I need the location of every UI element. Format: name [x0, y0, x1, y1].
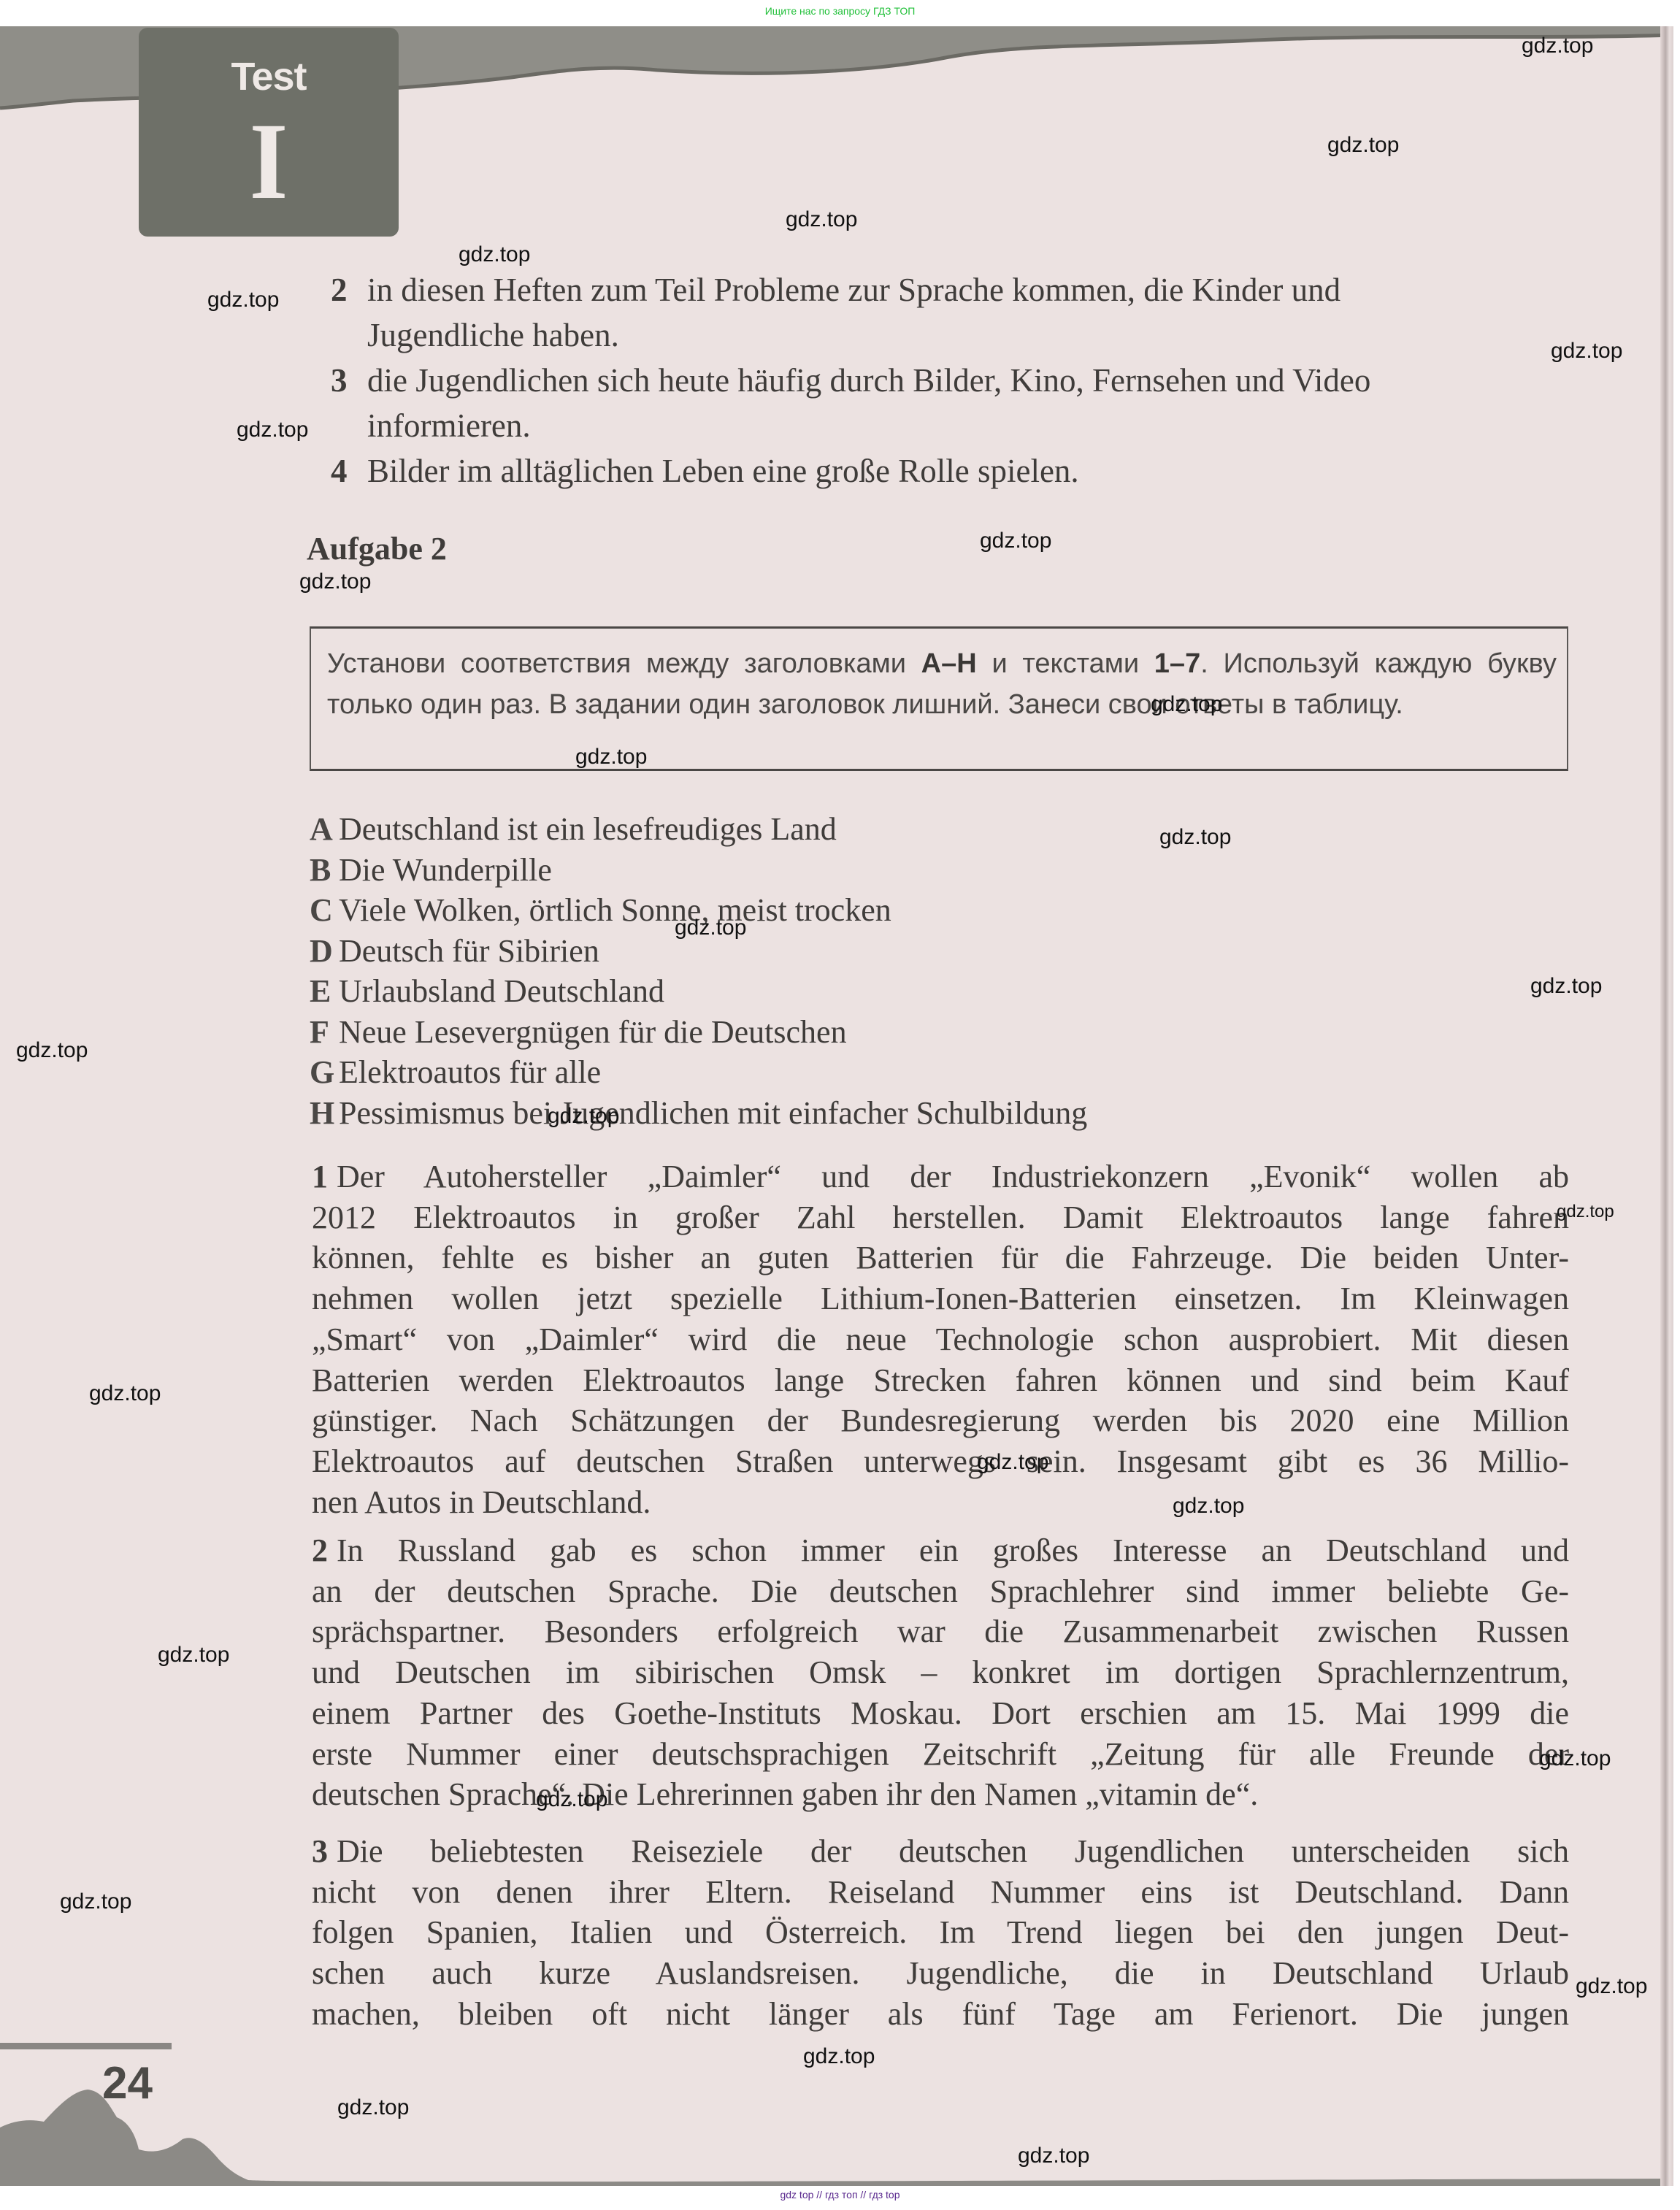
watermark: gdz.top — [1539, 1746, 1611, 1771]
paragraph-line: einem Partner des Goethe-Instituts Moska… — [312, 1693, 1569, 1734]
watermark: gdz.top — [89, 1381, 161, 1406]
watermark: gdz.top — [1159, 825, 1231, 850]
item-line: Jugendliche haben. — [367, 312, 1572, 358]
heading-text: Neue Lesevergnügen für die Deutschen — [339, 1014, 847, 1050]
watermark: gdz.top — [16, 1038, 88, 1063]
paragraph-line: günstiger. Nach Schätzungen der Bundesre… — [312, 1400, 1569, 1441]
paragraph-line: nicht von denen ihrer Eltern. Reiseland … — [312, 1872, 1569, 1913]
watermark: gdz.top — [1151, 692, 1222, 717]
task-title: Aufgabe 2 — [307, 530, 447, 567]
heading-text: Pessimismus bei Jugendlichen mit einfach… — [339, 1095, 1087, 1131]
watermark: gdz.top — [60, 1889, 131, 1914]
watermark: gdz.top — [1551, 339, 1622, 364]
watermark: gdz.top — [1173, 1494, 1244, 1519]
heading-letter: D — [310, 931, 339, 972]
watermark: gdz.top — [1530, 974, 1602, 999]
watermark: gdz.top — [803, 2044, 875, 2069]
item-number: 4 — [331, 448, 348, 494]
test-badge-label: Test — [139, 57, 399, 96]
intro-item: 4 Bilder im alltäglichen Leben eine groß… — [331, 448, 1572, 494]
heading-item: GElektroautos für alle — [310, 1052, 1332, 1093]
heading-letter: E — [310, 971, 339, 1012]
watermark: gdz.top — [575, 745, 647, 770]
instruction-text: и текстами — [977, 648, 1154, 679]
heading-item: DDeutsch für Sibirien — [310, 931, 1332, 972]
paragraph-line: Elektroautos auf deutschen Straßen unter… — [312, 1441, 1569, 1482]
watermark: gdz.top — [459, 242, 530, 267]
heading-letter: B — [310, 850, 339, 891]
headings-list: ADeutschland ist ein lesefreudiges Land … — [310, 809, 1332, 1133]
watermark: gdz.top — [548, 1104, 619, 1129]
paragraph-line: „Smart“ von „Daimler“ wird die neue Tech… — [312, 1319, 1569, 1360]
torn-paper-footer-decoration — [0, 2084, 1673, 2186]
heading-letter: C — [310, 890, 339, 931]
watermark: gdz.top — [675, 916, 746, 940]
paragraph-line: 2In Russland gab es schon immer ein groß… — [312, 1530, 1569, 1571]
heading-text: Elektroautos für alle — [339, 1054, 601, 1090]
paragraph-line: 2012 Elektroautos in großer Zahl herstel… — [312, 1197, 1569, 1238]
intro-item: 2 in diesen Heften zum Teil Probleme zur… — [331, 267, 1572, 358]
paragraph-line: und Deutschen im sibirischen Omsk – konk… — [312, 1652, 1569, 1693]
heading-text: Urlaubsland Deutschland — [339, 973, 664, 1009]
watermark: gdz.top — [1018, 2144, 1089, 2168]
watermark: gdz.top — [977, 1450, 1048, 1475]
paragraph-line: schen auch kurze Auslandsreisen. Jugendl… — [312, 1953, 1569, 1994]
heading-text: Die Wunderpille — [339, 852, 552, 888]
watermark: gdz.top — [1327, 133, 1399, 158]
watermark: gdz.top — [337, 2095, 409, 2120]
instruction-letter-range: A–H — [921, 648, 977, 679]
watermark: gdz.top — [237, 418, 308, 442]
item-number: 3 — [331, 358, 348, 403]
heading-letter: H — [310, 1093, 339, 1134]
watermark: gdz.top — [158, 1643, 229, 1668]
heading-item: HPessimismus bei Jugendlichen mit einfac… — [310, 1093, 1332, 1134]
watermark: gdz.top — [980, 529, 1051, 553]
page-edge-shadow — [1660, 26, 1673, 2186]
paragraph-line: nehmen wollen jetzt spezielle Lithium-Io… — [312, 1278, 1569, 1319]
item-line: die Jugendlichen sich heute häufig durch… — [367, 358, 1572, 403]
paragraph-line: Batterien werden Elektroautos lange Stre… — [312, 1360, 1569, 1401]
paragraph-line: 3Die beliebtesten Reiseziele der deutsch… — [312, 1831, 1569, 1872]
instruction-text: Установи соответствия между заголовками — [327, 648, 921, 679]
heading-text: Deutsch für Sibirien — [339, 933, 599, 969]
watermark: gdz.top — [207, 288, 279, 312]
item-line: informieren. — [367, 403, 1572, 448]
watermark: gdz.top — [786, 207, 857, 232]
paragraph-line: 1Der Autohersteller „Daimler“ und der In… — [312, 1156, 1569, 1197]
heading-item: FNeue Lesevergnügen für die Deutschen — [310, 1012, 1332, 1053]
paragraph-line: an der deutschen Sprache. Die deutschen … — [312, 1571, 1569, 1612]
paragraph-line: folgen Spanien, Italien und Österreich. … — [312, 1912, 1569, 1953]
watermark: gdz.top — [299, 569, 371, 594]
intro-continuation-list: 2 in diesen Heften zum Teil Probleme zur… — [331, 267, 1572, 494]
heading-text: Deutschland ist ein lesefreudiges Land — [339, 811, 837, 847]
watermark: gdz.top — [1522, 34, 1593, 58]
task-instruction-box: Установи соответствия между заголовками … — [310, 626, 1568, 771]
heading-letter: A — [310, 809, 339, 850]
watermark: gdz.top — [536, 1787, 607, 1812]
text-paragraph-2: 2In Russland gab es schon immer ein groß… — [312, 1530, 1569, 1815]
paragraph-line: nen Autos in Deutschland. — [312, 1482, 1569, 1523]
watermark: gdz.top — [1576, 1974, 1647, 1999]
paragraph-line: können, fehlte es bisher an guten Batter… — [312, 1238, 1569, 1278]
intro-item: 3 die Jugendlichen sich heute häufig dur… — [331, 358, 1572, 448]
paragraph-number: 1 — [312, 1159, 328, 1194]
test-badge-numeral: I — [152, 107, 386, 216]
item-number: 2 — [331, 267, 348, 312]
paragraph-line: sprächspartner. Besonders erfolgreich wa… — [312, 1611, 1569, 1652]
paragraph-line: erste Nummer einer deutschsprachigen Zei… — [312, 1734, 1569, 1775]
heading-letter: F — [310, 1012, 339, 1053]
heading-letter: G — [310, 1052, 339, 1093]
test-badge: Test I — [139, 28, 399, 237]
heading-item: EUrlaubsland Deutschland — [310, 971, 1332, 1012]
text-paragraph-1: 1Der Autohersteller „Daimler“ und der In… — [312, 1156, 1569, 1522]
heading-item: BDie Wunderpille — [310, 850, 1332, 891]
watermark: gdz.top — [1557, 1202, 1614, 1222]
paragraph-line: machen, bleiben oft nicht länger als fün… — [312, 1994, 1569, 2035]
item-line: Bilder im alltäglichen Leben eine große … — [367, 448, 1572, 494]
heading-text: Viele Wolken, örtlich Sonne, meist trock… — [339, 892, 891, 928]
textbook-page: Test I 2 in diesen Heften zum Teil Probl… — [0, 26, 1673, 2186]
paragraph-line: deutschen Sprache“. Die Lehrerinnen gabe… — [312, 1774, 1569, 1815]
bottom-banner[interactable]: gdz top // гдз топ // гдз top — [0, 2186, 1680, 2210]
paragraph-number: 3 — [312, 1833, 328, 1869]
paragraph-number: 2 — [312, 1532, 328, 1568]
page-number-rule — [0, 2043, 172, 2049]
item-line: in diesen Heften zum Teil Probleme zur S… — [367, 267, 1572, 312]
top-banner[interactable]: Ищите нас по запросу ГДЗ ТОП — [0, 0, 1680, 26]
text-paragraph-3: 3Die beliebtesten Reiseziele der deutsch… — [312, 1831, 1569, 2035]
instruction-number-range: 1–7 — [1154, 648, 1200, 679]
heading-item: CViele Wolken, örtlich Sonne, meist troc… — [310, 890, 1332, 931]
